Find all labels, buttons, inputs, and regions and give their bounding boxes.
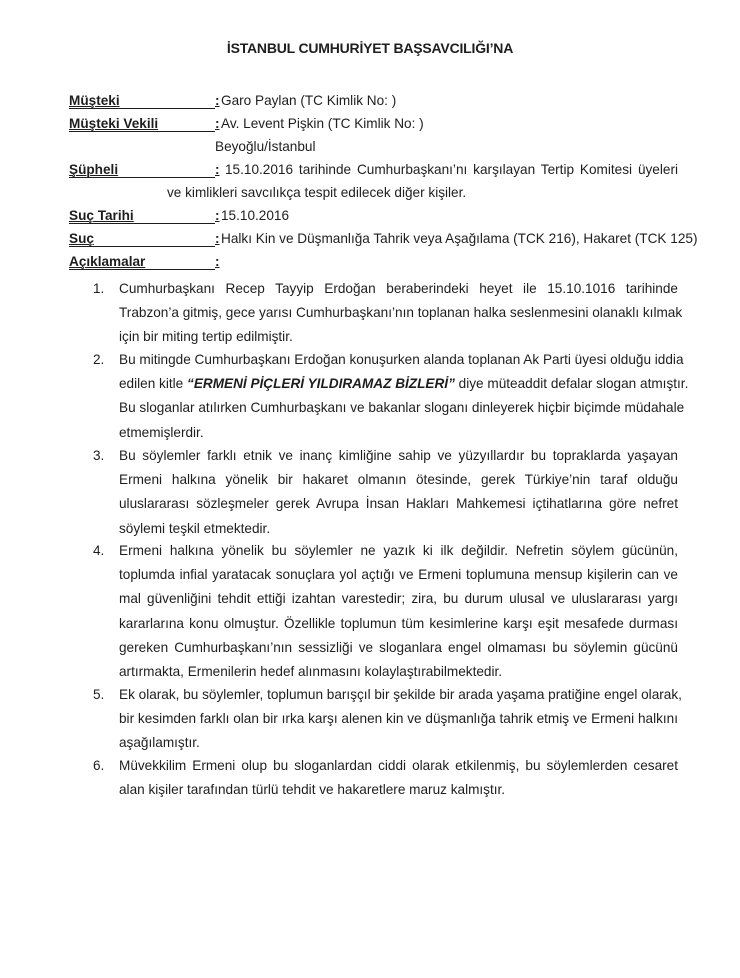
slogan-quote: “ERMENİ PİÇLERİ YILDIRAMAZ BİZLERİ” xyxy=(187,376,455,391)
paragraph-line: için bir miting tertip edilmiştir. xyxy=(119,325,678,349)
field-colon: : xyxy=(215,161,220,179)
list-item: Müvekkilim Ermeni olup bu sloganlardan c… xyxy=(119,754,678,802)
field-value: Halkı Kin ve Düşmanlığa Tahrik veya Aşağ… xyxy=(221,230,697,248)
field-value: 15.10.2016 tarihinde Cumhurbaşkanı’nı ka… xyxy=(225,161,678,179)
list-item: Bu mitingde Cumhurbaşkanı Erdoğan konuşu… xyxy=(119,348,678,445)
field-value-cont: ve kimlikleri savcılıkça tespit edilecek… xyxy=(167,184,466,202)
document-page: İSTANBUL CUMHURİYET BAŞSAVCILIĞI’NA Müşt… xyxy=(0,0,740,978)
field-value: Garo Paylan (TC Kimlik No: ) xyxy=(221,92,396,110)
paragraph-line: toplumda infial yaratacak sonuçlara yol … xyxy=(119,563,678,587)
list-number: 6. xyxy=(93,757,104,775)
list-item: Ek olarak, bu söylemler, toplumun barışç… xyxy=(119,683,678,756)
paragraph-line: edilen kitle “ERMENİ PİÇLERİ YILDIRAMAZ … xyxy=(119,372,678,396)
paragraph-line: Cumhurbaşkanı Recep Tayyip Erdoğan berab… xyxy=(119,277,678,301)
label-underline xyxy=(69,177,215,178)
label-underline xyxy=(69,246,215,247)
paragraph-line: Ek olarak, bu söylemler, toplumun barışç… xyxy=(119,683,678,707)
paragraph-line: aşağılamıştır. xyxy=(119,731,678,755)
paragraph-line: etmemişlerdir. xyxy=(119,421,678,445)
field-colon: : xyxy=(215,253,220,271)
paragraph-line: söylemi teşkil etmektedir. xyxy=(119,517,678,541)
field-colon: : xyxy=(215,230,220,248)
text: edilen kitle xyxy=(119,376,187,391)
paragraph-line: Bu mitingde Cumhurbaşkanı Erdoğan konuşu… xyxy=(119,348,678,372)
list-item: Ermeni halkına yönelik bu söylemler ne y… xyxy=(119,539,678,684)
field-colon: : xyxy=(215,92,220,110)
paragraph-line: Müvekkilim Ermeni olup bu sloganlardan c… xyxy=(119,754,678,778)
field-colon: : xyxy=(215,207,220,225)
list-number: 5. xyxy=(93,686,104,704)
paragraph-line: Trabzon’a gitmiş, gece yarısı Cumhurbaşk… xyxy=(119,301,678,325)
field-colon: : xyxy=(215,115,220,133)
field-value: 15.10.2016 xyxy=(221,207,289,225)
paragraph-line: Bu sloganlar atılırken Cumhurbaşkanı ve … xyxy=(119,396,678,420)
field-value-address: Beyoğlu/İstanbul xyxy=(215,138,316,156)
label-underline xyxy=(69,108,215,109)
paragraph-line: uluslararası sözleşmeler gerek Avrupa İn… xyxy=(119,492,678,516)
text: diye müteaddit defalar slogan atmıştır. xyxy=(455,376,688,391)
list-number: 4. xyxy=(93,542,104,560)
document-title: İSTANBUL CUMHURİYET BAŞSAVCILIĞI’NA xyxy=(0,40,740,56)
label-underline xyxy=(69,223,215,224)
label-underline xyxy=(69,269,215,270)
paragraph-line: Ermeni halkına yönelik bir hakaret olman… xyxy=(119,468,678,492)
list-item: Bu söylemler farklı etnik ve inanç kimli… xyxy=(119,444,678,541)
list-number: 1. xyxy=(93,280,104,298)
label-underline xyxy=(69,131,215,132)
list-number: 2. xyxy=(93,351,104,369)
list-number: 3. xyxy=(93,447,104,465)
paragraph-line: alan kişiler tarafından türlü tehdit ve … xyxy=(119,778,678,802)
paragraph-line: Ermeni halkına yönelik bu söylemler ne y… xyxy=(119,539,678,563)
paragraph-line: kararlarına konu olmuştur. Özellikle top… xyxy=(119,612,678,636)
list-item: Cumhurbaşkanı Recep Tayyip Erdoğan berab… xyxy=(119,277,678,350)
field-value: Av. Levent Pişkin (TC Kimlik No: ) xyxy=(221,115,424,133)
paragraph-line: mal güvenliğini tehdit ettiği izahtan va… xyxy=(119,587,678,611)
paragraph-line: bir kesimden farklı olan bir ırka karşı … xyxy=(119,707,678,731)
paragraph-line: gereken Cumhurbaşkanı’nın sessizliği ve … xyxy=(119,636,678,660)
paragraph-line: Bu söylemler farklı etnik ve inanç kimli… xyxy=(119,444,678,468)
paragraph-line: artırmakta, Ermenilerin hedef alınmasını… xyxy=(119,660,678,684)
